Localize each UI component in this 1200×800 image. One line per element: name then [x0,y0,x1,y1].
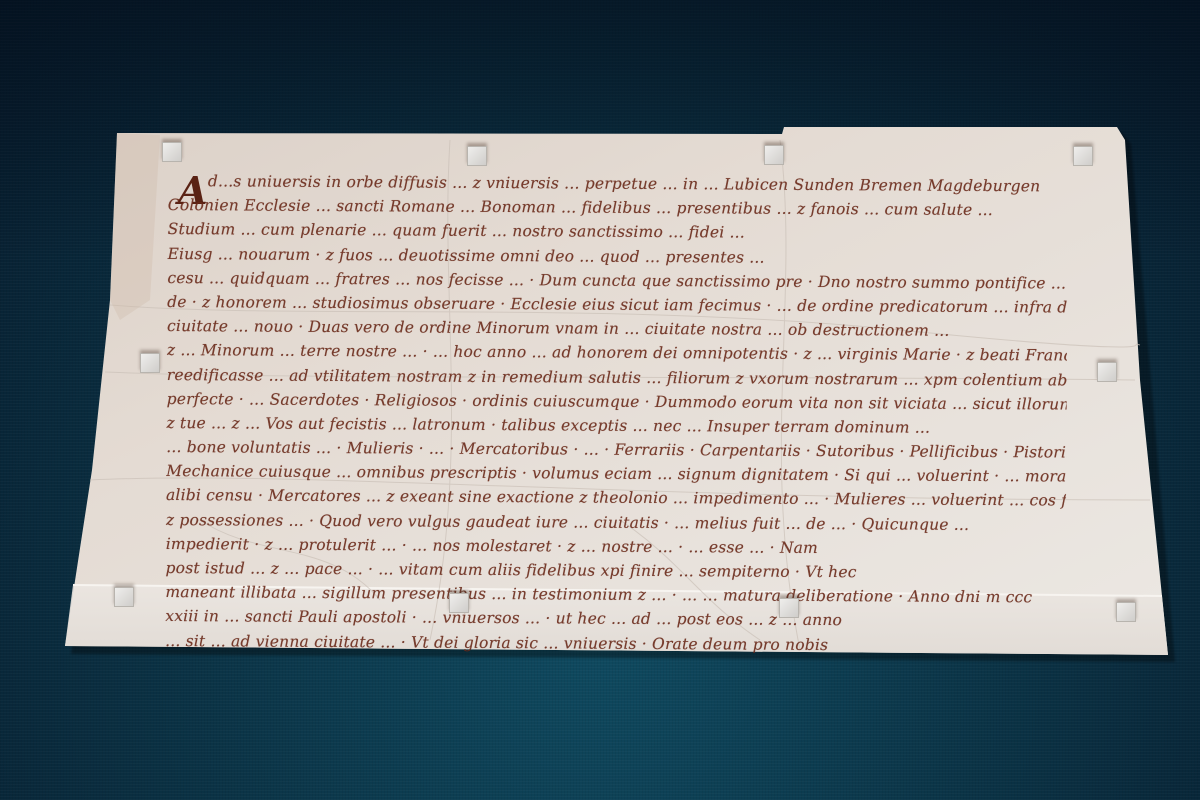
mounting-clip [162,142,182,162]
mounting-clip [764,145,784,165]
mounting-clip [140,353,160,373]
mounting-clip [114,587,134,607]
mounting-clip [779,598,799,618]
mounting-clip [449,593,469,613]
mounting-clip [1097,362,1117,382]
manuscript-text: d...s uniuersis in orbe diffusis ... z v… [165,172,1068,661]
mounting-clip [467,146,487,166]
mounting-clip [1073,146,1093,166]
mounting-clip [1116,602,1136,622]
